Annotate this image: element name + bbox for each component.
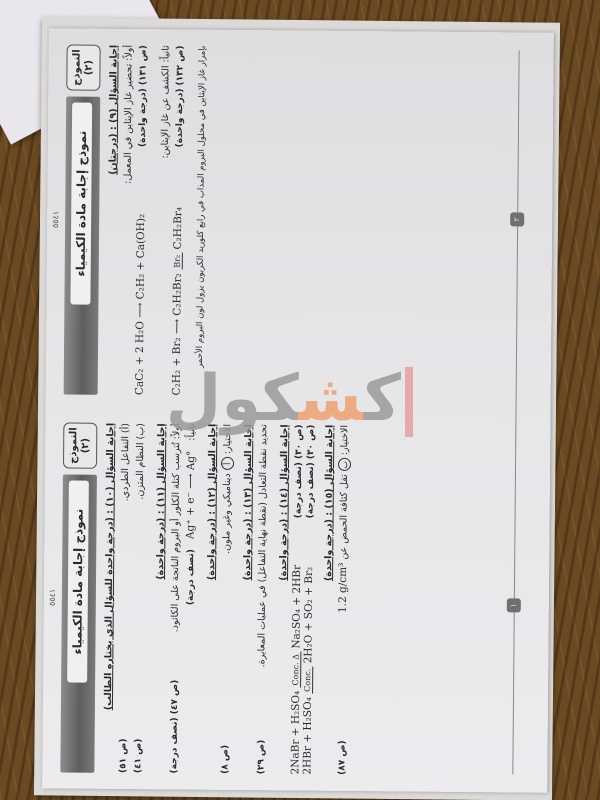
eq-products: Na₂SO₄ + 2HBr <box>290 565 303 649</box>
answer-body: تقل كثافة الحمض عن <box>338 474 350 559</box>
page-number-badge: ١ <box>507 598 521 612</box>
choice-circle-icon: ب <box>338 458 351 471</box>
answer-text: تحديد نقطة التعادل (نقطة نهاية التفاعل) … <box>254 424 271 667</box>
answer-body: ديناميكي وغير ملون. <box>221 473 233 554</box>
answer-text: (ب) النظام المتزن. <box>133 423 149 500</box>
answer-row: الاختيار: ب تقل كثافة الحمض عن 1.2 g/cm³… <box>334 425 352 775</box>
chemical-equation: Ag⁺ + e⁻ ⟶ Ag° <box>184 451 197 539</box>
watermark-text: كشكول <box>166 359 401 439</box>
section-header: النموذج (٢) نموذج إجابة مادة الكيمياء <box>64 44 101 394</box>
page-reference: (ص ٢٩) <box>256 740 266 775</box>
title-banner: نموذج إجابة مادة الكيمياء <box>60 474 97 772</box>
page-number-badge: ٢ <box>510 212 524 226</box>
answer-row: (ب) النظام المتزن. (ص ٤١) <box>130 423 148 773</box>
eq-product: C₂H₂Br₄ <box>172 207 184 250</box>
answer-key-section-q9: ٥٥٤١ النموذج (٢) نموذج إجابة مادة الكيمي… <box>64 44 507 398</box>
model-number-box: النموذج (٢) <box>66 44 100 90</box>
eq-products: 2H₂O + SO₂ + Br₂ <box>302 567 315 664</box>
chemical-equation: CaC₂ + 2 H₂O ⟶ C₂H₂ + Ca(OH)₂ <box>134 214 148 395</box>
answer-text: الاختيار: ب تقل كثافة الحمض عن 1.2 g/cm³ <box>336 425 353 613</box>
arrow-condition: Conc. Δ <box>291 652 301 688</box>
page-reference: (ص ١٣١) (درجة واحدة) <box>138 45 149 147</box>
title-banner: نموذج إجابة مادة الكيمياء <box>64 96 101 394</box>
arrow-condition: Br₂ <box>173 253 183 270</box>
arrow-condition: Conc. <box>303 667 313 694</box>
exam-code: ٥٥٤١ <box>46 422 58 772</box>
model-label: النموذج <box>68 427 80 464</box>
grade-note: (نصف درجة) <box>186 549 196 605</box>
page-reference: (ص ٨) <box>220 745 230 774</box>
model-label: النموذج <box>71 49 83 86</box>
watermark-bar <box>405 367 413 437</box>
model-number: (٢) <box>80 438 92 453</box>
page-reference: (ص ٤٧) (نصف درجة) <box>169 680 180 774</box>
page-reference: (ص ١٣٢) (درجة واحدة) <box>175 45 186 147</box>
choice-circle-icon: أ <box>221 457 234 470</box>
page-reference: (ص ٨٧) <box>337 740 347 775</box>
answer-note: بإمرار غاز الإيثاين في محلول البروم المذ… <box>193 46 211 396</box>
conditional-arrow: Br₂ <box>173 253 183 270</box>
reaction-arrow-icon: ⟶ <box>171 316 183 334</box>
conditional-arrow: Conc. <box>303 667 313 694</box>
section-header: النموذج (٢) نموذج إجابة مادة الكيمياء <box>60 422 97 772</box>
answer-row: تحديد نقطة التعادل (نقطة نهاية التفاعل) … <box>253 424 271 774</box>
answer-text: أولاً: تُترسب كتلة الكلور أو البروم النا… <box>168 423 185 632</box>
eq-intermediate: C₂H₂Br₂ <box>171 273 183 316</box>
eq-reactants: 2HBr + H₂SO₄ <box>301 697 314 775</box>
kashkol-watermark-logo: كشكول <box>195 357 435 447</box>
density-value: 1.2 g/cm³ <box>336 563 351 613</box>
banner-title: نموذج إجابة مادة الكيمياء <box>67 481 89 683</box>
page-reference: (ص ٤١) <box>133 739 143 774</box>
conditional-arrow: Conc. Δ <box>291 652 301 688</box>
eq-reactants: 2NaBr + H₂SO₄ <box>289 691 302 775</box>
model-number-box: النموذج (٢) <box>63 422 97 468</box>
answer-text: (أ) التفاعل الطردي. <box>118 423 134 501</box>
answer-key-section-q10-15: ٥٥٤١ النموذج (٢) نموذج إجابة مادة الكيمي… <box>60 422 503 776</box>
model-number: (٢) <box>83 60 95 75</box>
answer-row: الاختيار: أ ديناميكي وغير ملون. (ص ٨) <box>217 424 235 774</box>
chemical-equation: 2HBr + H₂SO₄ Conc. 2H₂O + SO₂ + Br₂ <box>301 567 315 775</box>
exam-code: ٥٥٤١ <box>50 44 62 394</box>
answer-row: ثانياً: Ag⁺ + e⁻ ⟶ Ag° (نصف درجة) <box>181 424 199 774</box>
footer-divider <box>512 50 519 774</box>
banner-title: نموذج إجابة مادة الكيمياء <box>70 103 92 305</box>
page-reference: (ص ٥١) <box>118 738 128 773</box>
